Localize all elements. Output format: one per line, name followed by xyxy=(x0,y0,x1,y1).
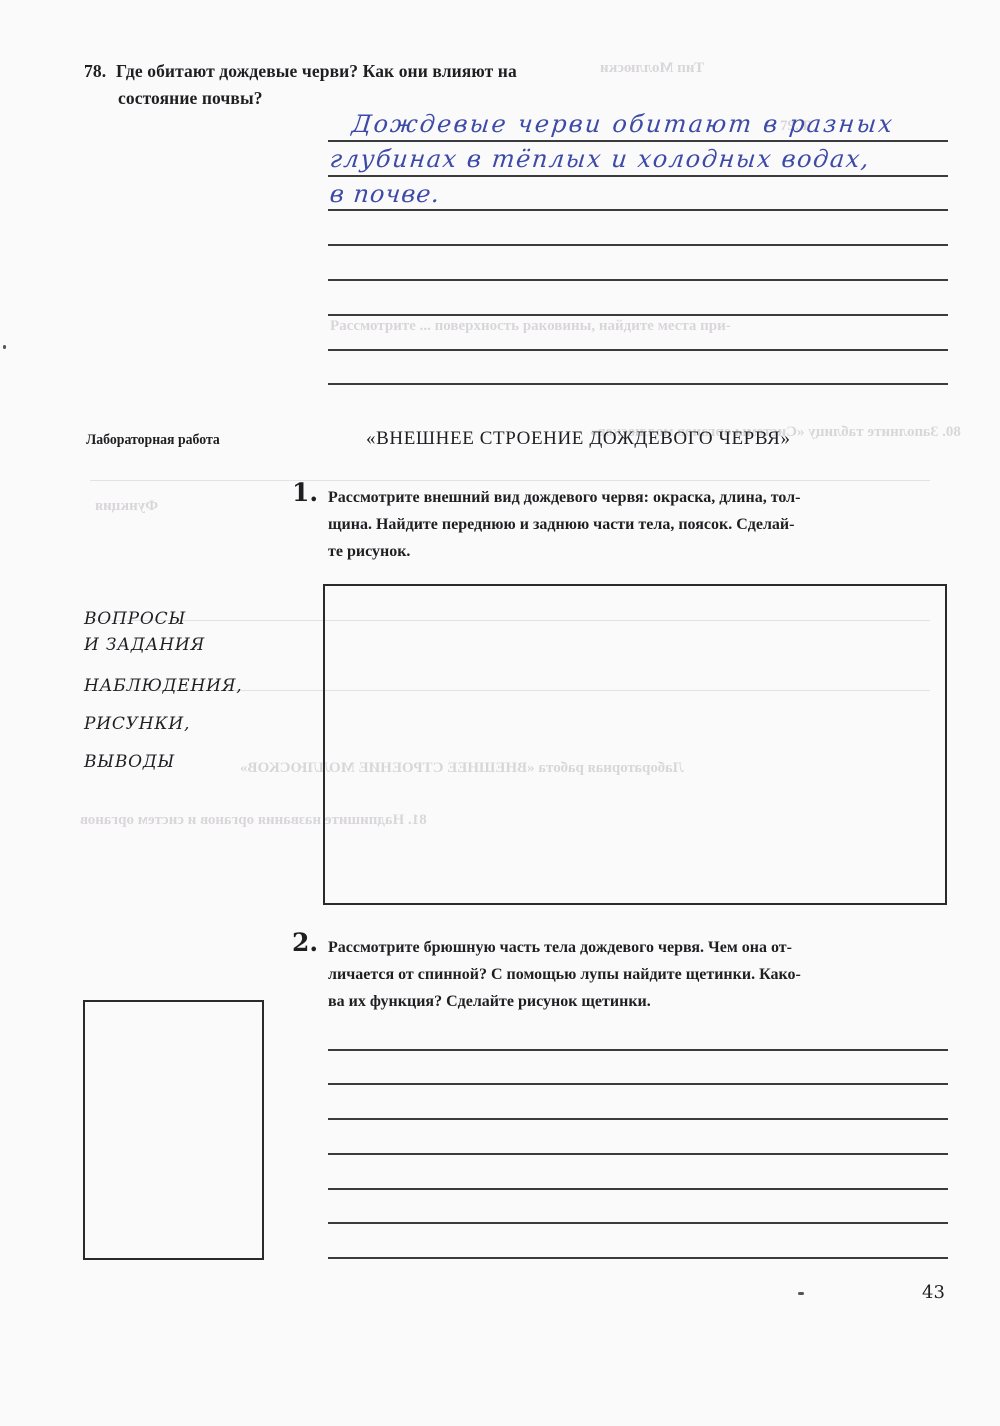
task-1-line: щина. Найдите переднюю и заднюю части те… xyxy=(328,511,953,538)
task-2-line: ва их функция? Сделайте рисунок щетинки. xyxy=(328,988,953,1015)
task-2-number: 2. xyxy=(292,928,318,957)
page-number: 43 xyxy=(922,1282,945,1303)
question-number: 78. xyxy=(84,58,116,85)
answer-line[interactable] xyxy=(328,209,948,211)
question-78: 78.Где обитают дождевые черви? Как они в… xyxy=(84,58,644,112)
answer-line[interactable] xyxy=(328,244,948,246)
sidebar-item: НАБЛЮДЕНИЯ, xyxy=(84,673,242,699)
answer-line[interactable] xyxy=(328,1188,948,1190)
task-2-drawing-box[interactable] xyxy=(83,1000,264,1260)
task-1-drawing-box[interactable] xyxy=(323,584,947,905)
answer-line[interactable] xyxy=(328,314,948,316)
task-2-line: личается от спинной? С помощью лупы найд… xyxy=(328,961,953,988)
answer-line[interactable] xyxy=(328,279,948,281)
task-1-text: Рассмотрите внешний вид дождевого червя:… xyxy=(328,484,953,565)
answer-line[interactable] xyxy=(328,1118,948,1120)
question-text-line-2: состояние почвы? xyxy=(84,85,644,112)
task-2-text: Рассмотрите брюшную часть тела дождевого… xyxy=(328,934,953,1015)
answer-line[interactable] xyxy=(328,175,948,177)
sidebar-heading-questions: ВОПРОСЫ И ЗАДАНИЯ xyxy=(84,606,205,658)
bleed-through-text: Функция xyxy=(95,498,158,515)
print-speck xyxy=(798,1292,804,1295)
answer-line[interactable] xyxy=(328,1257,948,1259)
sidebar-item: РИСУНКИ, xyxy=(84,711,190,737)
answer-line[interactable] xyxy=(328,383,948,385)
answer-line[interactable] xyxy=(328,1083,948,1085)
answer-line[interactable] xyxy=(328,349,948,351)
task-1-line: Рассмотрите внешний вид дождевого червя:… xyxy=(328,484,953,511)
bleed-through-text: Рассмотрите ... поверхность раковины, на… xyxy=(330,318,731,335)
sidebar-item: И ЗАДАНИЯ xyxy=(84,632,205,658)
handwritten-answer-line-3: в почве. xyxy=(329,180,442,208)
answer-line[interactable] xyxy=(328,1153,948,1155)
task-1-number: 1. xyxy=(292,478,318,507)
handwritten-answer-line-1: Дождевые черви обитают в разных xyxy=(351,110,896,138)
sidebar-item: ВЫВОДЫ xyxy=(84,749,175,775)
print-speck xyxy=(3,345,6,349)
sidebar-item: ВОПРОСЫ xyxy=(84,606,205,632)
handwritten-answer-line-2: глубинах в тёплых и холодных водах, xyxy=(329,145,872,173)
bleed-through-rule xyxy=(90,480,930,481)
lab-work-title: «ВНЕШНЕЕ СТРОЕНИЕ ДОЖДЕВОГО ЧЕРВЯ» xyxy=(366,428,791,450)
question-text-line-1: Где обитают дождевые черви? Как они влия… xyxy=(116,61,517,81)
answer-line[interactable] xyxy=(328,1049,948,1051)
lab-work-label: Лабораторная работа xyxy=(86,432,220,449)
answer-line[interactable] xyxy=(328,1222,948,1224)
answer-line[interactable] xyxy=(328,140,948,142)
task-2-line: Рассмотрите брюшную часть тела дождевого… xyxy=(328,934,953,961)
task-1-line: те рисунок. xyxy=(328,538,953,565)
